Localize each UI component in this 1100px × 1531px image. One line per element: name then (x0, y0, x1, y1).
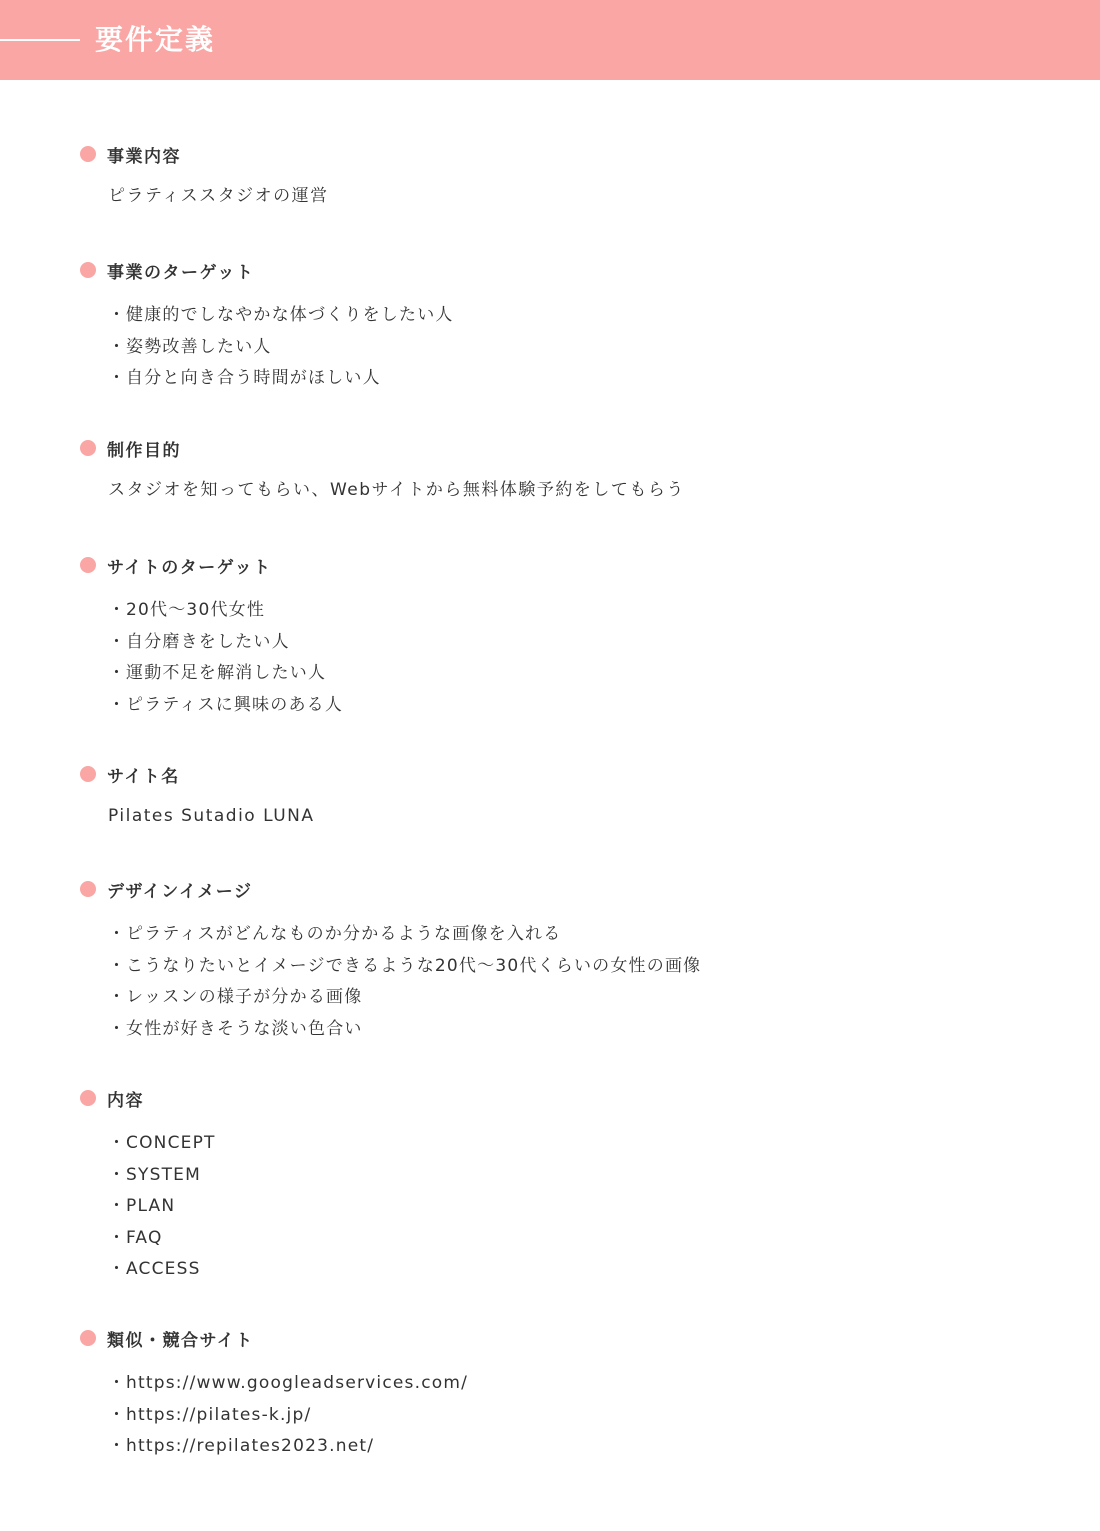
section-design-image: デザインイメージ ・ピラティスがどんなものか分かるような画像を入れる ・こうなり… (80, 876, 701, 1045)
section-contents: 内容 ・CONCEPT ・SYSTEM ・PLAN ・FAQ ・ACCESS (80, 1085, 216, 1286)
dot-bullet-icon: ・ (108, 1191, 126, 1223)
section-body-text: Pilates Sutadio LUNA (108, 803, 315, 829)
dot-bullet-icon: ・ (108, 1128, 126, 1160)
list-item: ・レッスンの様子が分かる画像 (108, 982, 701, 1014)
section-heading-text: デザインイメージ (107, 877, 252, 902)
list-item: ・こうなりたいとイメージできるような20代〜30代くらいの女性の画像 (108, 951, 701, 983)
page-title: 要件定義 (95, 21, 215, 59)
dot-bullet-icon: ・ (108, 658, 126, 690)
section-heading-text: 事業のターゲット (107, 258, 254, 283)
dot-bullet-icon: ・ (108, 300, 126, 332)
section-heading-text: サイト名 (107, 762, 180, 787)
section-list: ・健康的でしなやかな体づくりをしたい人 ・姿勢改善したい人 ・自分と向き合う時間… (108, 300, 454, 395)
section-heading: サイトのターゲット (80, 552, 343, 578)
list-item: ・https://repilates2023.net/ (108, 1431, 468, 1463)
section-list: ・ピラティスがどんなものか分かるような画像を入れる ・こうなりたいとイメージでき… (108, 919, 701, 1045)
section-heading-text: 内容 (107, 1086, 144, 1111)
dot-bullet-icon: ・ (108, 690, 126, 722)
list-item: ・ACCESS (108, 1254, 216, 1286)
list-item: ・運動不足を解消したい人 (108, 658, 343, 690)
header-decorative-line (0, 39, 80, 41)
section-heading-text: 制作目的 (107, 436, 181, 461)
section-list: ・CONCEPT ・SYSTEM ・PLAN ・FAQ ・ACCESS (108, 1128, 216, 1286)
circle-bullet-icon (80, 766, 96, 782)
dot-bullet-icon: ・ (108, 1254, 126, 1286)
section-production-purpose: 制作目的 スタジオを知ってもらい、Webサイトから無料体験予約をしてもらう (80, 435, 685, 503)
list-item: ・https://www.googleadservices.com/ (108, 1368, 468, 1400)
competitor-url: https://repilates2023.net/ (126, 1436, 374, 1456)
dot-bullet-icon: ・ (108, 1400, 126, 1432)
dot-bullet-icon: ・ (108, 1014, 126, 1046)
competitor-url: https://pilates-k.jp/ (126, 1405, 311, 1425)
section-list: ・20代〜30代女性 ・自分磨きをしたい人 ・運動不足を解消したい人 ・ピラティ… (108, 595, 343, 721)
circle-bullet-icon (80, 146, 96, 162)
list-item: ・健康的でしなやかな体づくりをしたい人 (108, 300, 454, 332)
dot-bullet-icon: ・ (108, 332, 126, 364)
dot-bullet-icon: ・ (108, 1160, 126, 1192)
list-item: ・CONCEPT (108, 1128, 216, 1160)
section-body-text: ピラティススタジオの運営 (108, 183, 329, 209)
section-business-target: 事業のターゲット ・健康的でしなやかな体づくりをしたい人 ・姿勢改善したい人 ・… (80, 257, 454, 395)
section-heading: デザインイメージ (80, 876, 701, 902)
section-business-content: 事業内容 ピラティススタジオの運営 (80, 141, 329, 209)
list-item: ・FAQ (108, 1223, 216, 1255)
list-item: ・SYSTEM (108, 1160, 216, 1192)
list-item: ・PLAN (108, 1191, 216, 1223)
section-heading-text: 事業内容 (107, 142, 181, 167)
section-heading: 事業のターゲット (80, 257, 454, 283)
dot-bullet-icon: ・ (108, 951, 126, 983)
section-heading: 制作目的 (80, 435, 685, 461)
list-item: ・自分と向き合う時間がほしい人 (108, 363, 454, 395)
section-heading: 内容 (80, 1085, 216, 1111)
section-heading: 類似・競合サイト (80, 1325, 468, 1351)
dot-bullet-icon: ・ (108, 919, 126, 951)
circle-bullet-icon (80, 262, 96, 278)
list-item: ・自分磨きをしたい人 (108, 627, 343, 659)
list-item: ・https://pilates-k.jp/ (108, 1400, 468, 1432)
list-item: ・姿勢改善したい人 (108, 332, 454, 364)
section-heading: サイト名 (80, 761, 315, 787)
section-heading: 事業内容 (80, 141, 329, 167)
section-site-name: サイト名 Pilates Sutadio LUNA (80, 761, 315, 829)
circle-bullet-icon (80, 1090, 96, 1106)
list-item: ・ピラティスに興味のある人 (108, 690, 343, 722)
page-header: 要件定義 (0, 0, 1100, 80)
section-competitor-sites: 類似・競合サイト ・https://www.googleadservices.c… (80, 1325, 468, 1463)
list-item: ・ピラティスがどんなものか分かるような画像を入れる (108, 919, 701, 951)
dot-bullet-icon: ・ (108, 363, 126, 395)
dot-bullet-icon: ・ (108, 1368, 126, 1400)
dot-bullet-icon: ・ (108, 627, 126, 659)
circle-bullet-icon (80, 881, 96, 897)
dot-bullet-icon: ・ (108, 1223, 126, 1255)
list-item: ・女性が好きそうな淡い色合い (108, 1014, 701, 1046)
circle-bullet-icon (80, 440, 96, 456)
section-body-text: スタジオを知ってもらい、Webサイトから無料体験予約をしてもらう (108, 477, 685, 503)
dot-bullet-icon: ・ (108, 1431, 126, 1463)
section-heading-text: サイトのターゲット (107, 553, 272, 578)
list-item: ・20代〜30代女性 (108, 595, 343, 627)
dot-bullet-icon: ・ (108, 595, 126, 627)
section-list: ・https://www.googleadservices.com/ ・http… (108, 1368, 468, 1463)
circle-bullet-icon (80, 1330, 96, 1346)
circle-bullet-icon (80, 557, 96, 573)
section-site-target: サイトのターゲット ・20代〜30代女性 ・自分磨きをしたい人 ・運動不足を解消… (80, 552, 343, 721)
dot-bullet-icon: ・ (108, 982, 126, 1014)
section-heading-text: 類似・競合サイト (107, 1326, 254, 1351)
competitor-url: https://www.googleadservices.com/ (126, 1373, 468, 1393)
